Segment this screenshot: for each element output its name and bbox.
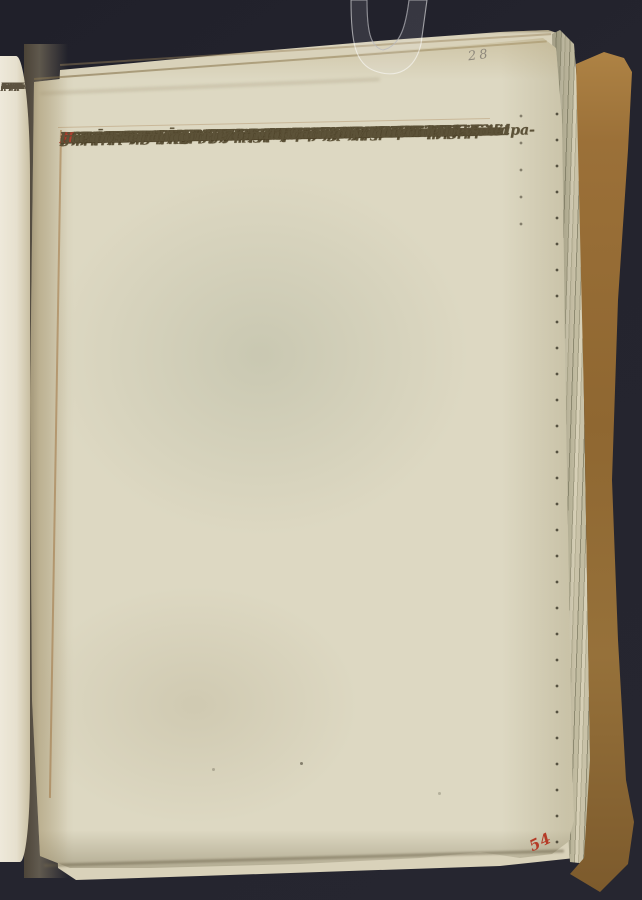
folio-number-pencil: 28	[467, 47, 491, 65]
facing-page-fragment: ī sup	[1, 80, 22, 93]
transparent-strap	[343, 0, 443, 120]
parchment-speck	[438, 792, 441, 795]
manuscript-text-block: tiebat· sicut vere 7 excorde hūilis erat…	[60, 121, 532, 769]
parchment-speck	[212, 768, 215, 771]
pricking-holes-column	[548, 108, 566, 856]
photograph-background: me 7ß fitē rnō p̄sic ē7 hūcq̄ solad fiē …	[0, 0, 642, 900]
facing-page-edge: me 7ß fitē rnō p̄sic ē7 hūcq̄ solad fiē …	[0, 56, 30, 862]
